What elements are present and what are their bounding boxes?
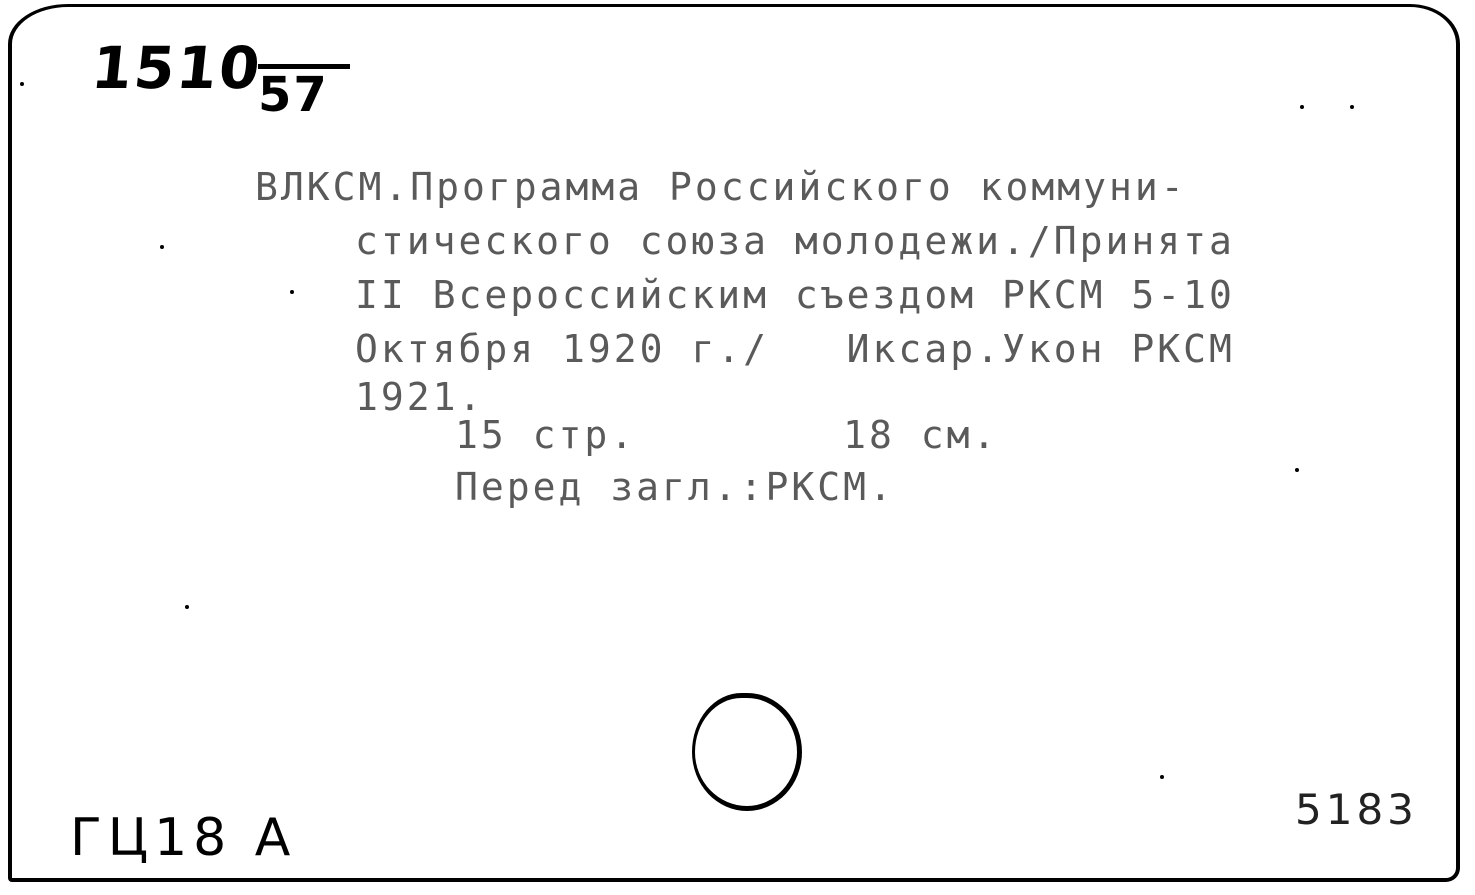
speck [160,245,164,249]
speck [290,290,294,294]
entry-line-note: Перед загл.:РКСМ. [455,460,895,514]
entry-line-pagination: 15 стр. 18 см. [455,408,998,462]
inventory-number: 5183 [1295,785,1418,834]
handwritten-code: ГЦ18 А [70,808,296,868]
entry-line-1: ВЛКСМ.Программа Российского коммуни- [255,160,1187,214]
speck [1295,468,1299,472]
entry-line-4: Октября 1920 г./ Иксар.Укон РКСМ [355,322,1235,376]
shelfmark-sub: 57 [258,64,350,121]
entry-line-3: II Всероссийским съездом РКСМ 5-10 [355,268,1235,322]
circle-stamp-icon [692,693,802,811]
speck [1350,105,1354,109]
speck [20,82,24,86]
entry-line-2: стического союза молодежи./Принята [355,214,1235,268]
speck [1300,105,1304,109]
shelfmark-main: 1510 [88,34,265,102]
speck [1160,775,1164,779]
speck [185,605,189,609]
